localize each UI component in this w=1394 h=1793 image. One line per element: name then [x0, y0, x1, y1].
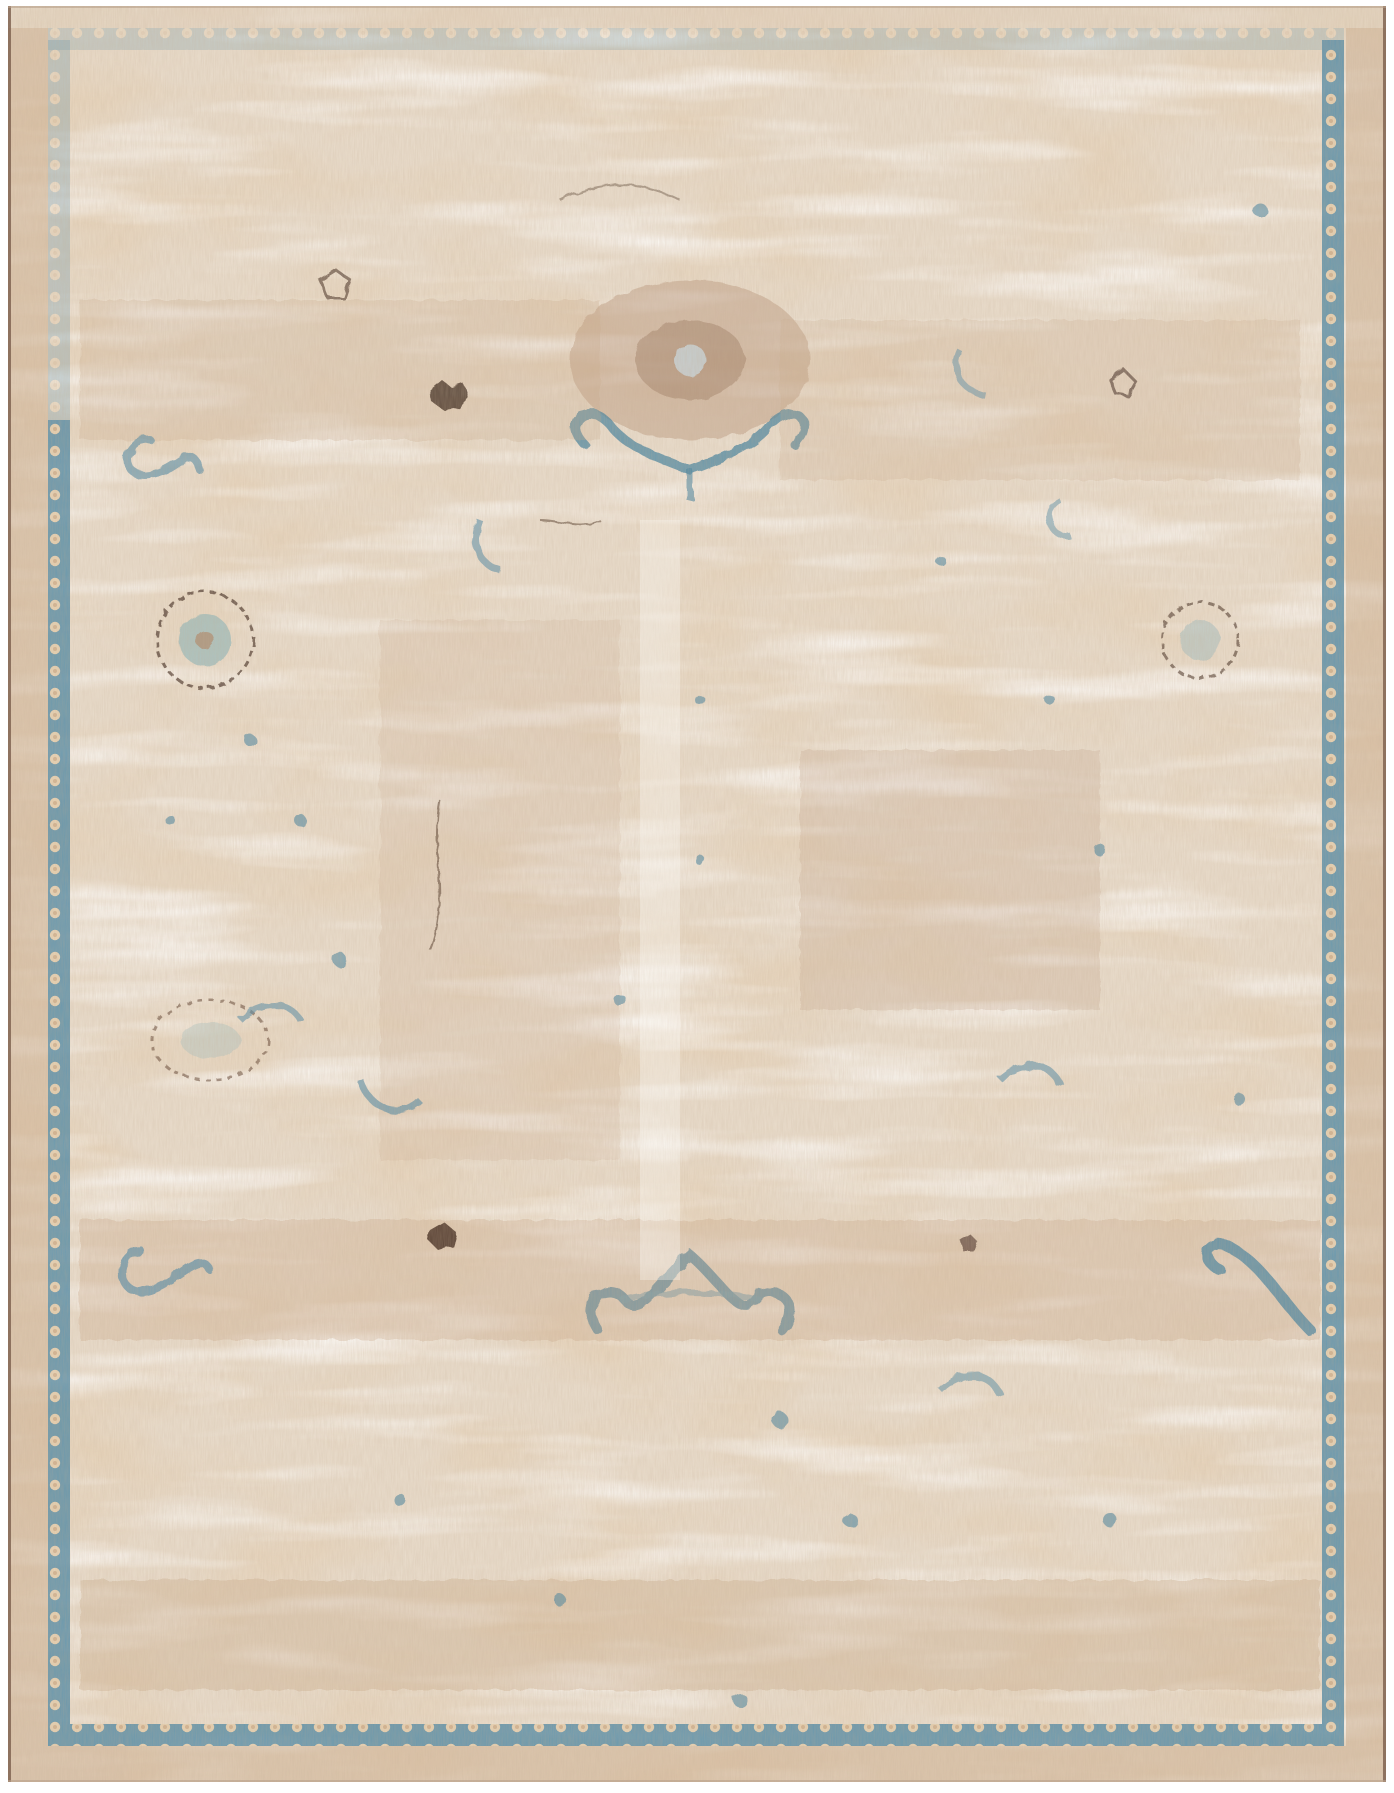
- wear-streak: [640, 520, 680, 1280]
- rug-illustration: [0, 0, 1394, 1793]
- pile-texture: [8, 6, 1386, 1782]
- rug-photo: [0, 0, 1394, 1793]
